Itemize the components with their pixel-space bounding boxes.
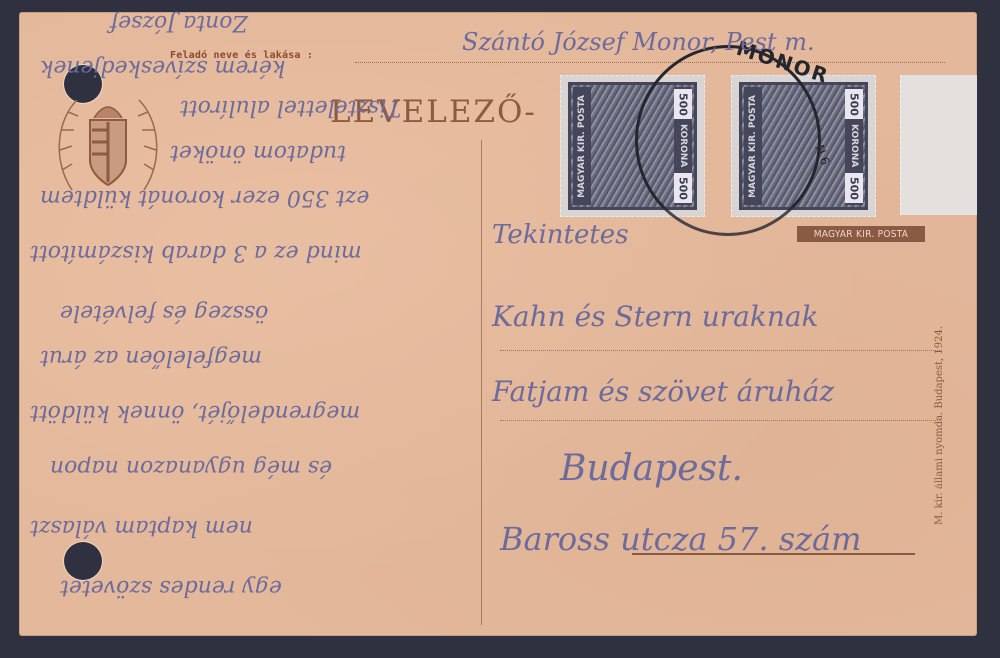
stamp-value: 500 [848,177,861,200]
handwritten-address-line: Budapest. [560,448,743,489]
divider-line [481,140,482,625]
address-line [500,420,940,421]
handwritten-message-line: Zonta József [110,10,248,35]
handwritten-message-line: megrendelőjét, önnek küldött [30,400,360,425]
handwritten-message-line: megfelelően az árut [40,345,262,370]
printer-imprint: M. kir. állami nyomda. Budapest, 1924. [934,255,945,595]
stamp-value: 500 [848,93,861,116]
coat-of-arms-icon [52,90,164,200]
address-line [500,350,940,351]
handwritten-message-line: Tisztelettel alulírott [180,95,401,120]
handwritten-address-line: Kahn és Stern uraknak [492,300,819,333]
handwritten-sender: Szántó József Monor, Pest m. [462,28,815,56]
handwritten-message-line: és még ugyanazon napon [50,455,332,480]
handwritten-message-line: mind ez a 3 darab kiszámított [30,240,362,265]
handwritten-message-line: tudatom önöket [170,140,346,165]
sender-line [355,62,945,63]
handwritten-address-line: Fatjam és szövet áruház [492,375,834,408]
handwritten-message-line: összeg és felvétele [60,300,268,325]
stamp-sheet-margin [900,75,977,215]
handwritten-message-line: kérem szíveskedjenek [40,55,285,80]
handwritten-salutation: Tekintetes [492,220,629,250]
handwritten-address-line: Baross utcza 57. szám [500,520,861,558]
handwritten-message-line: ezt 350 ezer koronát küldtem [40,185,369,210]
handwritten-message-line: egy rendes szövetet [60,575,282,600]
indicia-label: MAGYAR KIR. POSTA [797,226,925,242]
handwritten-message-line: nem kaptam választ [30,515,253,540]
